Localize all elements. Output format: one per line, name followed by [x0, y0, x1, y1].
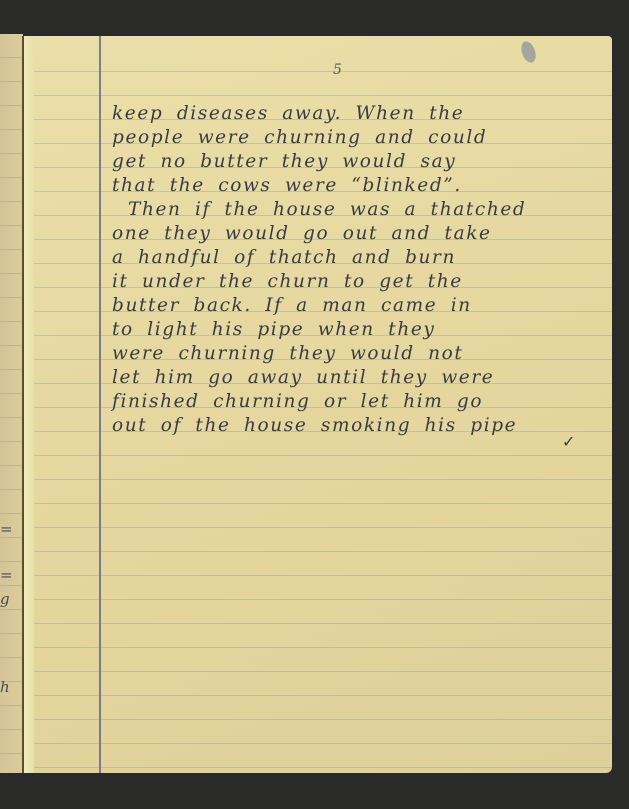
left-page-mark: h	[0, 678, 10, 696]
text-line: it under the churn to get the	[112, 270, 617, 294]
text-line: out of the house smoking his pipe	[112, 414, 617, 438]
text-line: that the cows were “blinked”.	[112, 174, 617, 198]
left-page-fragment	[0, 34, 23, 773]
notebook-scan: = = g h 5 keep diseases away. When the p…	[0, 0, 629, 809]
text-line: one they would go out and take	[112, 222, 617, 246]
text-line: finished churning or let him go	[112, 390, 617, 414]
text-line: Then if the house was a thatched	[112, 198, 617, 222]
margin-line	[99, 36, 101, 773]
check-mark-icon: ✓	[562, 432, 575, 451]
text-line: were churning they would not	[112, 342, 617, 366]
text-line: butter back. If a man came in	[112, 294, 617, 318]
text-line: let him go away until they were	[112, 366, 617, 390]
handwritten-text: keep diseases away. When the people were…	[112, 102, 617, 438]
left-page-mark: =	[0, 520, 13, 538]
text-line: a handful of thatch and burn	[112, 246, 617, 270]
left-page-mark: g	[0, 590, 10, 608]
binding-gutter	[24, 36, 34, 773]
text-line: keep diseases away. When the	[112, 102, 617, 126]
text-line: to light his pipe when they	[112, 318, 617, 342]
left-page-mark: =	[0, 566, 13, 584]
text-line: get no butter they would say	[112, 150, 617, 174]
page-number: 5	[333, 62, 342, 78]
text-line: people were churning and could	[112, 126, 617, 150]
